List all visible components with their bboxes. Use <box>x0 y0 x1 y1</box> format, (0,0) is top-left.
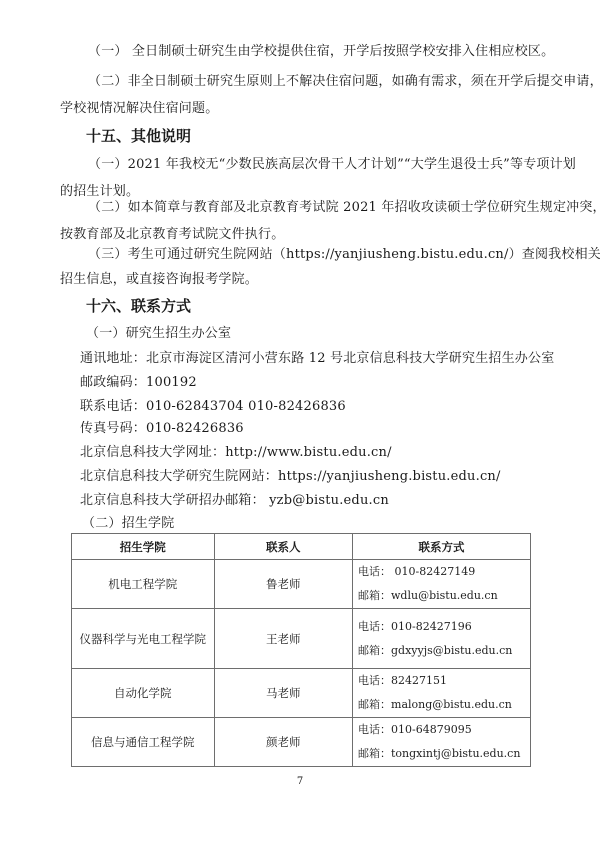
note1-line1: （一）2021 年我校无“少数民族高层次骨干人才计划”“大学生退役士兵”等专项计… <box>88 157 576 173</box>
note3-line1: （三）考生可通过研究生院网站（https://yanjiusheng.bistu… <box>88 247 600 263</box>
contact-address: 通讯地址：北京市海淀区清河小营东路 12 号北京信息科技大学研究生招生办公室 <box>80 351 554 367</box>
table-row: 自动化学院 马老师 电话：82427151 邮箱：malong@bistu.ed… <box>72 669 531 718</box>
contact-phone: 联系电话：010-62843704 010-82426836 <box>80 399 346 415</box>
header-contact-person: 联系人 <box>214 534 353 560</box>
document-page: （一） 全日制硕士研究生由学校提供住宿，开学后按照学校安排入住相应校区。 （二）… <box>0 0 600 849</box>
college-email: 邮箱：malong@bistu.edu.cn <box>358 693 530 717</box>
contact-details: 电话：82427151 邮箱：malong@bistu.edu.cn <box>353 669 531 718</box>
dorm-parttime-paragraph-line2: 学校视情况解决住宿问题。 <box>60 101 218 117</box>
contact-postcode: 邮政编码：100192 <box>80 375 197 391</box>
header-contact-method: 联系方式 <box>353 534 531 560</box>
college-phone: 电话：010-64879095 <box>358 718 530 742</box>
contact-person: 鲁老师 <box>214 560 353 609</box>
college-name: 自动化学院 <box>72 669 215 718</box>
header-college: 招生学院 <box>72 534 215 560</box>
section-heading-other-notes: 十五、其他说明 <box>86 127 191 145</box>
note1-line2: 的招生计划。 <box>60 184 139 200</box>
table-header-row: 招生学院 联系人 联系方式 <box>72 534 531 560</box>
table-row: 信息与通信工程学院 颜老师 电话：010-64879095 邮箱：tongxin… <box>72 718 531 767</box>
college-phone: 电话：82427151 <box>358 669 530 693</box>
college-email: 邮箱：wdlu@bistu.edu.cn <box>358 584 530 608</box>
contact-details: 电话： 010-82427149 邮箱：wdlu@bistu.edu.cn <box>353 560 531 609</box>
college-contacts-table: 招生学院 联系人 联系方式 机电工程学院 鲁老师 电话： 010-8242714… <box>71 533 531 767</box>
contact-email: 北京信息科技大学研招办邮箱： yzb@bistu.edu.cn <box>80 493 389 509</box>
dorm-parttime-paragraph-line1: （二）非全日制硕士研究生原则上不解决住宿问题，如确有需求，须在开学后提交申请， <box>88 74 600 90</box>
contact-person: 王老师 <box>214 609 353 669</box>
note2-line1: （二）如本简章与教育部及北京教育考试院 2021 年招收攻读硕士学位研究生规定冲… <box>88 200 600 216</box>
contact-person: 马老师 <box>214 669 353 718</box>
table-row: 机电工程学院 鲁老师 电话： 010-82427149 邮箱：wdlu@bist… <box>72 560 531 609</box>
contact-university-website: 北京信息科技大学网址：http://www.bistu.edu.cn/ <box>80 445 392 461</box>
subheading-colleges: （二）招生学院 <box>82 516 174 532</box>
subheading-admissions-office: （一）研究生招生办公室 <box>86 326 231 342</box>
college-phone: 电话：010-82427196 <box>358 615 530 639</box>
college-name: 仪器科学与光电工程学院 <box>72 609 215 669</box>
dorm-fulltime-paragraph: （一） 全日制硕士研究生由学校提供住宿，开学后按照学校安排入住相应校区。 <box>88 44 554 60</box>
contact-details: 电话：010-82427196 邮箱：gdxyyjs@bistu.edu.cn <box>353 609 531 669</box>
section-heading-contact: 十六、联系方式 <box>86 297 191 315</box>
college-email: 邮箱：tongxintj@bistu.edu.cn <box>358 742 530 766</box>
page-number: 7 <box>0 776 600 787</box>
contact-details: 电话：010-64879095 邮箱：tongxintj@bistu.edu.c… <box>353 718 531 767</box>
table-row: 仪器科学与光电工程学院 王老师 电话：010-82427196 邮箱：gdxyy… <box>72 609 531 669</box>
college-name: 机电工程学院 <box>72 560 215 609</box>
college-email: 邮箱：gdxyyjs@bistu.edu.cn <box>358 639 530 663</box>
contact-fax: 传真号码：010-82426836 <box>80 421 244 437</box>
college-phone: 电话： 010-82427149 <box>358 560 530 584</box>
college-name: 信息与通信工程学院 <box>72 718 215 767</box>
note3-line2: 招生信息，或直接咨询报考学院。 <box>60 272 258 288</box>
contact-person: 颜老师 <box>214 718 353 767</box>
contact-graduate-website: 北京信息科技大学研究生院网站：https://yanjiusheng.bistu… <box>80 469 501 485</box>
note2-line2: 按教育部及北京教育考试院文件执行。 <box>60 227 284 243</box>
